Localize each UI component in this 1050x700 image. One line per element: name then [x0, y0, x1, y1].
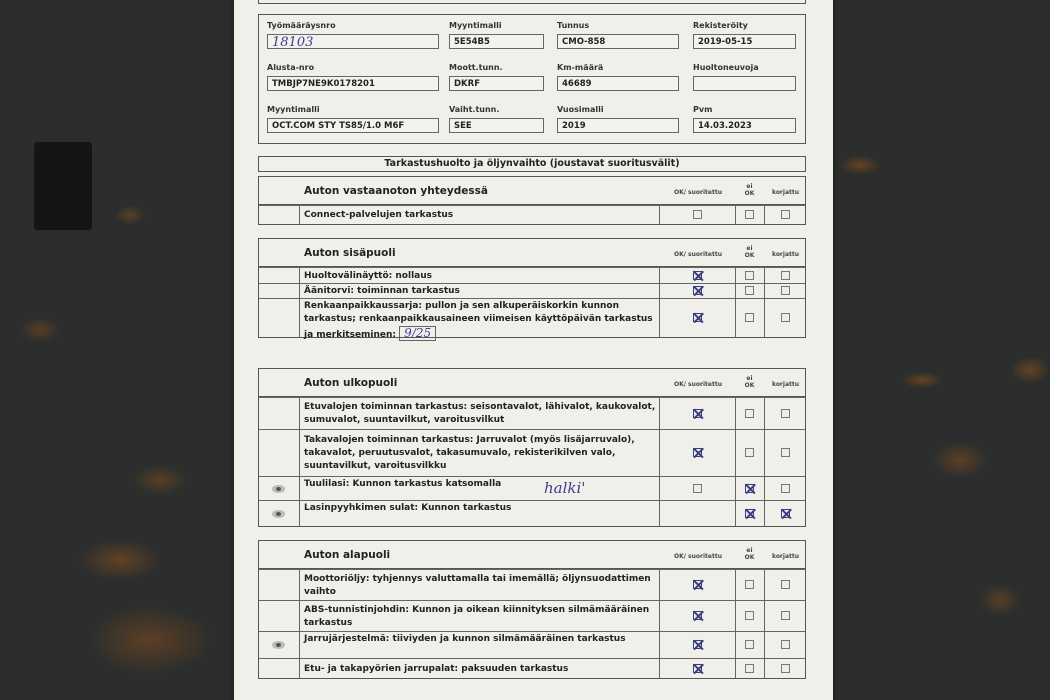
logo-strip: ŠKODA — [258, 0, 806, 4]
field-label: Rekisteröity — [693, 21, 748, 30]
checkbox-ei-ok[interactable] — [745, 409, 754, 418]
column-korjattu-label: korjattu — [764, 251, 807, 258]
cell-korjattu — [764, 398, 807, 429]
checklist-row: Huoltovälinäyttö: nollaus — [259, 267, 805, 283]
checklist-item-text: ABS-tunnistinjohdin: Kunnon ja oikean ki… — [304, 604, 656, 630]
cell-ei-ok — [735, 299, 764, 337]
cell-ei-ok — [735, 477, 764, 500]
field-label: Pvm — [693, 105, 712, 114]
checkbox-ei-ok[interactable] — [745, 640, 754, 649]
row-marker-cell — [259, 299, 300, 337]
cell-korjattu — [764, 268, 807, 283]
checklist-row: Moottoriöljy: tyhjennys valuttamalla tai… — [259, 569, 805, 600]
checkbox-ei-ok[interactable] — [745, 509, 754, 518]
handwritten-note: halki' — [544, 479, 585, 497]
checkbox-ei-ok[interactable] — [745, 664, 754, 673]
checklist-item-text: Renkaanpaikkaussarja: pullon ja sen alku… — [304, 300, 656, 342]
field-label: Myyntimalli — [267, 105, 320, 114]
checklist-row: Tuulilasi: Kunnon tarkastus katsomallaha… — [259, 476, 805, 500]
checkbox-ok[interactable] — [693, 210, 702, 219]
expiry-date-entry[interactable]: 9/25 — [399, 326, 436, 341]
field-label: Työmääräysnro — [267, 21, 336, 30]
checklist-row: Etu- ja takapyörien jarrupalat: paksuude… — [259, 658, 805, 678]
column-ok-label: OK/ suoritettu — [661, 381, 735, 388]
checklist-section: Auton vastaanoton yhteydessäOK/ suoritet… — [258, 176, 806, 225]
checkbox-ok[interactable] — [693, 409, 702, 418]
cell-ei-ok — [735, 284, 764, 298]
checklist-item-text: Etuvalojen toiminnan tarkastus: seisonta… — [304, 401, 656, 427]
checkbox-ei-ok[interactable] — [745, 286, 754, 295]
cell-ok — [659, 632, 735, 658]
checkbox-ei-ok[interactable] — [745, 611, 754, 620]
section-header: Auton vastaanoton yhteydessäOK/ suoritet… — [259, 177, 805, 205]
checkbox-ok[interactable] — [693, 664, 702, 673]
cell-ok — [659, 501, 735, 526]
checkbox-korjattu[interactable] — [781, 509, 790, 518]
row-marker-cell — [259, 659, 300, 678]
checklist-item-text: Huoltovälinäyttö: nollaus — [304, 270, 656, 283]
cell-ei-ok — [735, 601, 764, 631]
checkbox-ei-ok[interactable] — [745, 313, 754, 322]
checkbox-korjattu[interactable] — [781, 580, 790, 589]
field-label: Km-määrä — [557, 63, 603, 72]
field-value[interactable]: 5E54B5 — [449, 34, 544, 49]
row-marker-cell — [259, 601, 300, 631]
field-label: Tunnus — [557, 21, 589, 30]
field-value[interactable]: 18103 — [267, 34, 439, 49]
field-label: Vaiht.tunn. — [449, 105, 499, 114]
cell-korjattu — [764, 632, 807, 658]
section-title: Auton vastaanoton yhteydessä — [304, 185, 488, 197]
cell-ok — [659, 284, 735, 298]
cell-ok — [659, 477, 735, 500]
cell-ei-ok — [735, 570, 764, 600]
column-ei-ok-label: eiOK — [735, 547, 764, 561]
cell-korjattu — [764, 430, 807, 476]
field-value[interactable]: 14.03.2023 — [693, 118, 796, 133]
cell-ei-ok — [735, 268, 764, 283]
checkbox-ok[interactable] — [693, 286, 702, 295]
checklist-item-text: Connect-palvelujen tarkastus — [304, 209, 656, 222]
checkbox-ok[interactable] — [693, 484, 702, 493]
eye-icon — [272, 510, 285, 518]
checkbox-ei-ok[interactable] — [745, 271, 754, 280]
checklist-row: ABS-tunnistinjohdin: Kunnon ja oikean ki… — [259, 600, 805, 631]
checklist-row: Etuvalojen toiminnan tarkastus: seisonta… — [259, 397, 805, 429]
checklist-section: Auton ulkopuoliOK/ suoritettueiOKkorjatt… — [258, 368, 806, 527]
field-label: Vuosimalli — [557, 105, 604, 114]
checkbox-korjattu[interactable] — [781, 448, 790, 457]
column-ok-label: OK/ suoritettu — [661, 189, 735, 196]
checkbox-korjattu[interactable] — [781, 210, 790, 219]
checkbox-korjattu[interactable] — [781, 286, 790, 295]
column-ei-ok-label: eiOK — [735, 183, 764, 197]
checkbox-ok[interactable] — [693, 611, 702, 620]
checkbox-ok[interactable] — [693, 448, 702, 457]
field-value[interactable]: TMBJP7NE9K0178201 — [267, 76, 439, 91]
checkbox-korjattu[interactable] — [781, 484, 790, 493]
row-marker-cell — [259, 268, 300, 283]
cell-korjattu — [764, 206, 807, 224]
section-title: Auton ulkopuoli — [304, 377, 397, 389]
checkbox-korjattu[interactable] — [781, 271, 790, 280]
form-title: Tarkastushuolto ja öljynvaihto (joustava… — [258, 156, 806, 172]
cell-ok — [659, 398, 735, 429]
section-header: Auton sisäpuoliOK/ suoritettueiOKkorjatt… — [259, 239, 805, 267]
section-title: Auton sisäpuoli — [304, 247, 396, 259]
checklist-row: Takavalojen toiminnan tarkastus: Jarruva… — [259, 429, 805, 476]
checkbox-ok[interactable] — [693, 271, 702, 280]
checklist-item-text: Tuulilasi: Kunnon tarkastus katsomalla — [304, 478, 656, 491]
column-ei-ok-label: eiOK — [735, 245, 764, 259]
cell-ok — [659, 430, 735, 476]
column-ok-label: OK/ suoritettu — [661, 251, 735, 258]
checkbox-ok[interactable] — [693, 580, 702, 589]
checkbox-ok[interactable] — [693, 313, 702, 322]
checkbox-ei-ok[interactable] — [745, 210, 754, 219]
checkbox-korjattu[interactable] — [781, 313, 790, 322]
field-value[interactable]: CMO-858 — [557, 34, 679, 49]
checklist-row: Renkaanpaikkaussarja: pullon ja sen alku… — [259, 298, 805, 337]
field-value[interactable]: DKRF — [449, 76, 544, 91]
cell-korjattu — [764, 284, 807, 298]
checklist-item-text: Moottoriöljy: tyhjennys valuttamalla tai… — [304, 573, 656, 599]
checkbox-korjattu[interactable] — [781, 409, 790, 418]
cell-korjattu — [764, 659, 807, 678]
cell-ei-ok — [735, 501, 764, 526]
checklist-item-text: Etu- ja takapyörien jarrupalat: paksuude… — [304, 663, 656, 676]
field-label: Huoltoneuvoja — [693, 63, 759, 72]
checklist-section: Auton sisäpuoliOK/ suoritettueiOKkorjatt… — [258, 238, 806, 338]
cell-korjattu — [764, 477, 807, 500]
cell-korjattu — [764, 501, 807, 526]
checkbox-korjattu[interactable] — [781, 640, 790, 649]
column-ok-label: OK/ suoritettu — [661, 553, 735, 560]
field-value[interactable]: 2019-05-15 — [693, 34, 796, 49]
cell-korjattu — [764, 570, 807, 600]
field-value[interactable] — [693, 76, 796, 91]
checkbox-ei-ok[interactable] — [745, 484, 754, 493]
checkbox-ei-ok[interactable] — [745, 448, 754, 457]
cell-ei-ok — [735, 632, 764, 658]
field-value[interactable]: SEE — [449, 118, 544, 133]
row-marker-cell — [259, 570, 300, 600]
cell-ok — [659, 299, 735, 337]
column-ei-ok-label: eiOK — [735, 375, 764, 389]
field-label: Moott.tunn. — [449, 63, 503, 72]
section-title: Auton alapuoli — [304, 549, 390, 561]
section-header: Auton alapuoliOK/ suoritettueiOKkorjattu — [259, 541, 805, 569]
field-label: Alusta-nro — [267, 63, 314, 72]
field-value[interactable]: 2019 — [557, 118, 679, 133]
vehicle-info-header: Työmääräysnro18103Myyntimalli5E54B5Tunnu… — [258, 14, 806, 144]
service-checklist-paper: ŠKODA Työmääräysnro18103Myyntimalli5E54B… — [234, 0, 833, 700]
cell-ei-ok — [735, 398, 764, 429]
checklist-item-text: Jarrujärjestelmä: tiiviyden ja kunnon si… — [304, 633, 656, 646]
column-korjattu-label: korjattu — [764, 553, 807, 560]
row-marker-cell — [259, 206, 300, 224]
cell-korjattu — [764, 299, 807, 337]
row-marker-cell — [259, 501, 300, 526]
row-marker-cell — [259, 430, 300, 476]
row-marker-cell — [259, 477, 300, 500]
field-value[interactable]: 46689 — [557, 76, 679, 91]
cell-ok — [659, 659, 735, 678]
cell-ei-ok — [735, 430, 764, 476]
row-marker-cell — [259, 398, 300, 429]
table-slot — [34, 142, 92, 230]
column-korjattu-label: korjattu — [764, 189, 807, 196]
cell-ei-ok — [735, 206, 764, 224]
eye-icon — [272, 485, 285, 493]
row-marker-cell — [259, 632, 300, 658]
checklist-row: Lasinpyyhkimen sulat: Kunnon tarkastus — [259, 500, 805, 526]
cell-ok — [659, 570, 735, 600]
cell-ok — [659, 601, 735, 631]
cell-ok — [659, 268, 735, 283]
eye-icon — [272, 641, 285, 649]
checkbox-ok[interactable] — [693, 640, 702, 649]
checklist-section: Auton alapuoliOK/ suoritettueiOKkorjattu… — [258, 540, 806, 679]
checklist-row: Äänitorvi: toiminnan tarkastus — [259, 283, 805, 298]
row-marker-cell — [259, 284, 300, 298]
field-label: Myyntimalli — [449, 21, 502, 30]
checklist-item-text: Lasinpyyhkimen sulat: Kunnon tarkastus — [304, 502, 656, 515]
checklist-row: Jarrujärjestelmä: tiiviyden ja kunnon si… — [259, 631, 805, 658]
checkbox-korjattu[interactable] — [781, 611, 790, 620]
cell-ok — [659, 206, 735, 224]
checkbox-ei-ok[interactable] — [745, 580, 754, 589]
cell-korjattu — [764, 601, 807, 631]
section-header: Auton ulkopuoliOK/ suoritettueiOKkorjatt… — [259, 369, 805, 397]
checkbox-korjattu[interactable] — [781, 664, 790, 673]
checklist-item-text: Takavalojen toiminnan tarkastus: Jarruva… — [304, 434, 656, 473]
column-korjattu-label: korjattu — [764, 381, 807, 388]
field-value[interactable]: OCT.COM STY TS85/1.0 M6F — [267, 118, 439, 133]
checklist-item-text: Äänitorvi: toiminnan tarkastus — [304, 285, 656, 298]
cell-ei-ok — [735, 659, 764, 678]
checklist-row: Connect-palvelujen tarkastus — [259, 205, 805, 224]
